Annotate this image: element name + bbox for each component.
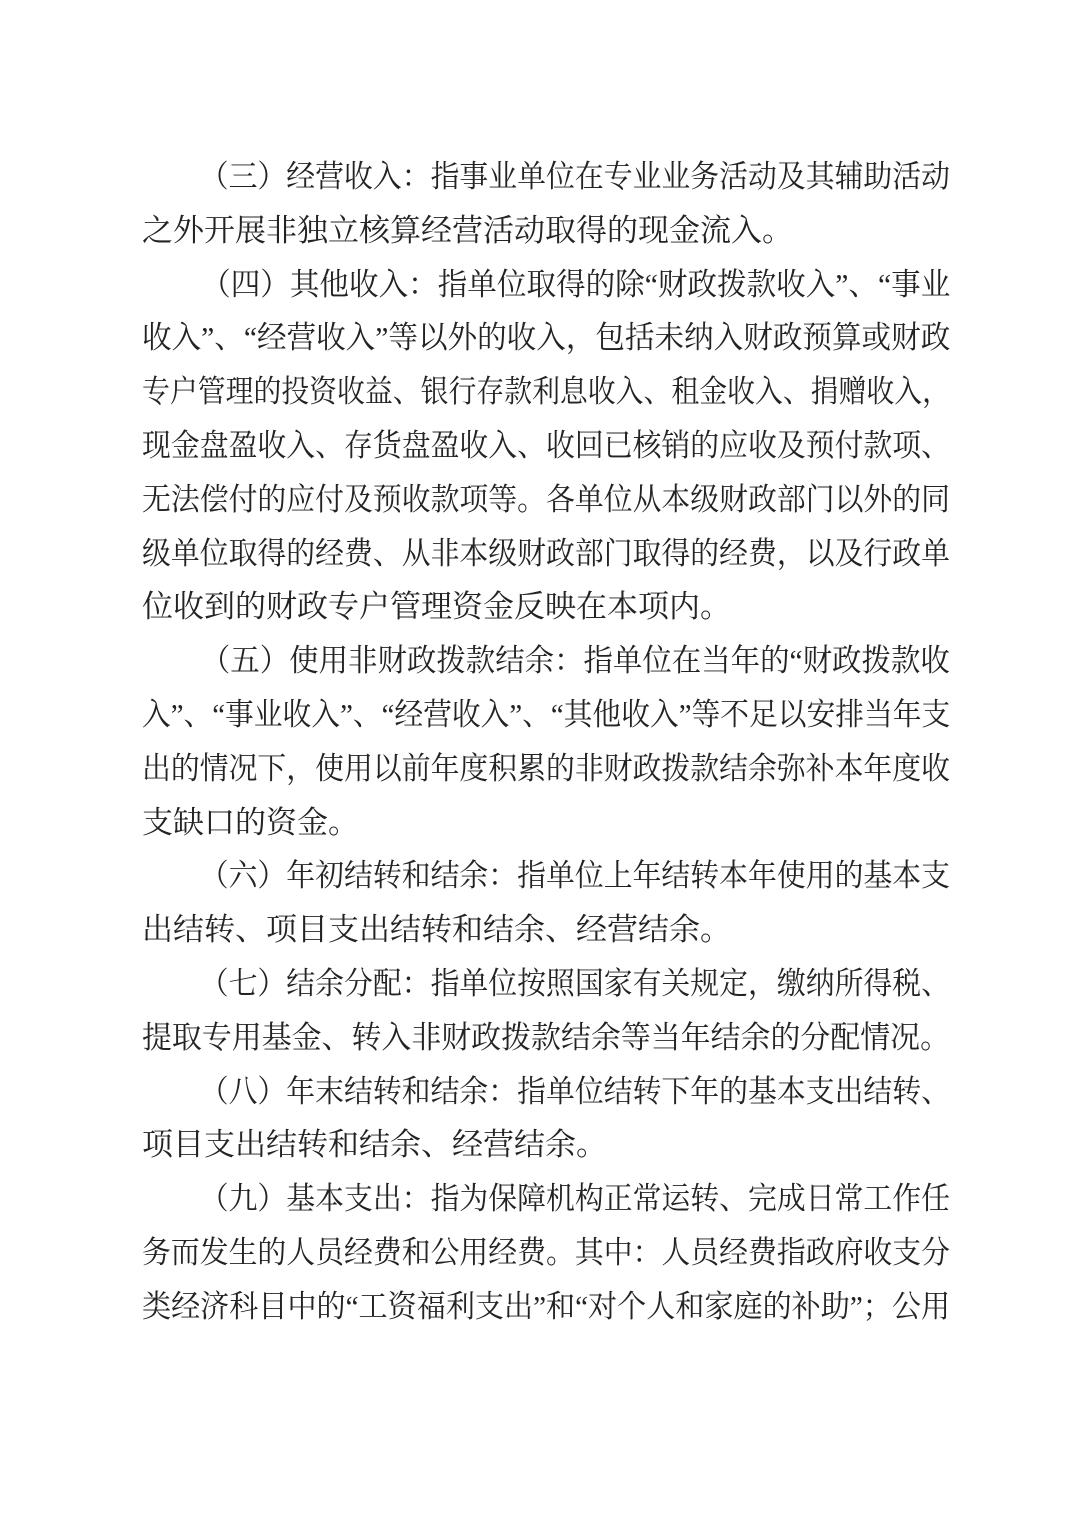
text-line: 级单位取得的经费、从非本级财政部门取得的经费，以及行政单 [142, 527, 894, 581]
text-line: （九）基本支出：指为保障机构正常运转、完成日常工作任 [142, 1172, 894, 1226]
paragraph: （八）年末结转和结余：指单位结转下年的基本支出结转、项目支出结转和结余、经营结余… [142, 1065, 950, 1173]
text-line: 出的情况下，使用以前年度积累的非财政拨款结余弥补本年度收 [142, 742, 894, 796]
text-line: 无法偿付的应付及预收款项等。各单位从本级财政部门以外的同 [142, 473, 894, 527]
text-line: （五）使用非财政拨款结余：指单位在当年的“财政拨款收 [142, 634, 909, 688]
paragraph: （四）其他收入：指单位取得的除“财政拨款收入”、“事业收入”、“经营收入”等以外… [142, 258, 950, 635]
text-line: （六）年初结转和结余：指单位上年结转本年使用的基本支 [142, 849, 894, 903]
text-line: 务而发生的人员经费和公用经费。其中：人员经费指政府收支分 [142, 1226, 894, 1280]
text-line: 专户管理的投资收益、银行存款利息收入、租金收入、捐赠收入， [142, 365, 868, 419]
text-line: 支缺口的资金。 [142, 796, 950, 850]
page-text: （三）经营收入：指事业单位在专业业务活动及其辅助活动之外开展非独立核算经营活动取… [142, 150, 950, 1334]
text-line: （三）经营收入：指事业单位在专业业务活动及其辅助活动 [142, 150, 894, 204]
paragraph: （五）使用非财政拨款结余：指单位在当年的“财政拨款收入”、“事业收入”、“经营收… [142, 634, 950, 849]
text-line: 入”、“事业收入”、“经营收入”、“其他收入”等不足以安排当年支 [142, 688, 892, 742]
text-line: 项目支出结转和结余、经营结余。 [142, 1118, 950, 1172]
paragraph: （三）经营收入：指事业单位在专业业务活动及其辅助活动之外开展非独立核算经营活动取… [142, 150, 950, 258]
paragraph: （六）年初结转和结余：指单位上年结转本年使用的基本支出结转、项目支出结转和结余、… [142, 849, 950, 957]
text-line: 提取专用基金、转入非财政拨款结余等当年结余的分配情况。 [142, 1011, 922, 1065]
text-line: 现金盘盈收入、存货盘盈收入、收回已核销的应收及预付款项、 [142, 419, 894, 473]
text-line: 之外开展非独立核算经营活动取得的现金流入。 [142, 204, 950, 258]
text-line: 位收到的财政专户管理资金反映在本项内。 [142, 580, 950, 634]
text-line: 出结转、项目支出结转和结余、经营结余。 [142, 903, 950, 957]
document-page: （三）经营收入：指事业单位在专业业务活动及其辅助活动之外开展非独立核算经营活动取… [0, 0, 1074, 1520]
text-line: （四）其他收入：指单位取得的除“财政拨款收入”、“事业 [142, 258, 913, 312]
text-line: 类经济科目中的“工资福利支出”和“对个人和家庭的补助”；公用 [142, 1280, 900, 1334]
text-line: （八）年末结转和结余：指单位结转下年的基本支出结转、 [142, 1065, 894, 1119]
paragraph: （七）结余分配：指单位按照国家有关规定，缴纳所得税、提取专用基金、转入非财政拨款… [142, 957, 950, 1065]
text-line: （七）结余分配：指单位按照国家有关规定，缴纳所得税、 [142, 957, 894, 1011]
text-line: 收入”、“经营收入”等以外的收入，包括未纳入财政预算或财政 [142, 311, 913, 365]
paragraph: （九）基本支出：指为保障机构正常运转、完成日常工作任务而发生的人员经费和公用经费… [142, 1172, 950, 1333]
